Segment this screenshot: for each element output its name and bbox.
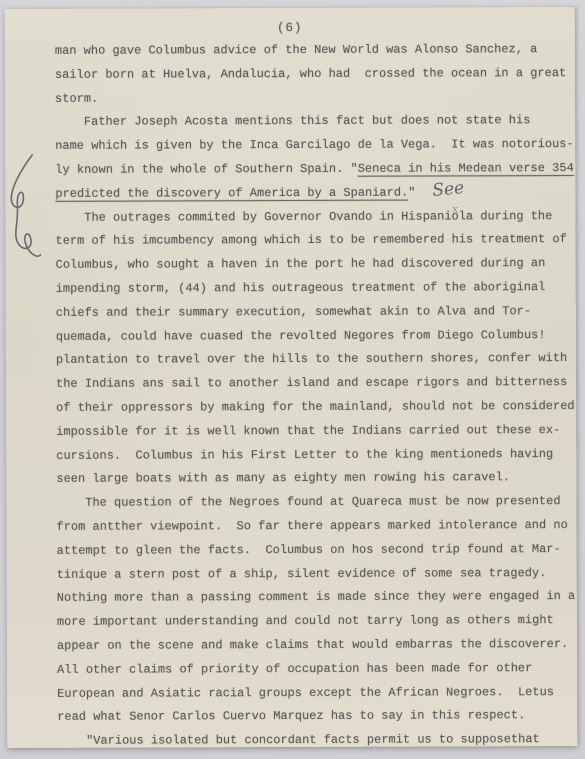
text-line: from antther viewpoint. So far there app… [56, 514, 576, 540]
typewritten-text-block: man who gave Columbus advice of the New … [55, 38, 577, 754]
text-line: Father Joseph Acosta mentions this fact … [55, 109, 575, 135]
text-line: chiefs and their summary execution, some… [56, 300, 576, 326]
text-line: impossible for it is well known that the… [56, 419, 576, 445]
text-line: Nothing more than a passing comment is m… [57, 585, 577, 611]
document-page: (6) man who gave Columbus advice of the … [5, 7, 578, 748]
text-line: of their oppressors by making for the ma… [56, 395, 576, 421]
page-number: (6) [5, 20, 575, 36]
text-line: appear on the scene and make claims that… [57, 633, 577, 659]
text-line: "Various isolated but concordant facts p… [57, 728, 577, 754]
text-line: The question of the Negroes found at Qua… [56, 490, 576, 516]
text-line: ly known in the whole of Southern Spain.… [55, 157, 575, 183]
text-line: quemada, could have cuased the revolted … [56, 324, 576, 350]
text-line: European and Asiatic racial groups excep… [57, 681, 577, 707]
text-line: seen large boats with as many as eighty … [56, 466, 576, 492]
text-line: The outrages commited by Governor Ovando… [55, 205, 575, 231]
handwritten-note: See [432, 178, 465, 201]
text-line: name which is given by the Inca Garcilag… [55, 133, 575, 159]
text-line: more important understanding and could n… [57, 609, 577, 635]
text-line: tinique a stern post of a ship, silent e… [57, 562, 577, 588]
text-line: term of his imcumbency among which is to… [55, 228, 575, 254]
stray-pencil-mark: x [452, 204, 458, 215]
text-line: All other claims of priority of occupati… [57, 657, 577, 683]
text-line: storm. [55, 86, 575, 112]
text-line: read what Senor Carlos Cuervo Marquez ha… [57, 704, 577, 730]
text-line: Columbus, who sought a haven in the port… [56, 252, 576, 278]
text-line: the Indians ans sail to another island a… [56, 371, 576, 397]
text-line: man who gave Columbus advice of the New … [55, 38, 575, 64]
text-line: sailor born at Huelva, Andalucia, who ha… [55, 62, 575, 88]
text-line: plantation to travel over the hills to t… [56, 347, 576, 373]
text-line: attempt to gleen the facts. Columbus on … [57, 538, 577, 564]
margin-squiggle-icon [5, 145, 57, 275]
text-line: impending storm, (44) and his outrageous… [56, 276, 576, 302]
text-line: cursions. Columbus in his First Letter t… [56, 443, 576, 469]
text-line: predicted the discovery of America by a … [55, 181, 575, 207]
